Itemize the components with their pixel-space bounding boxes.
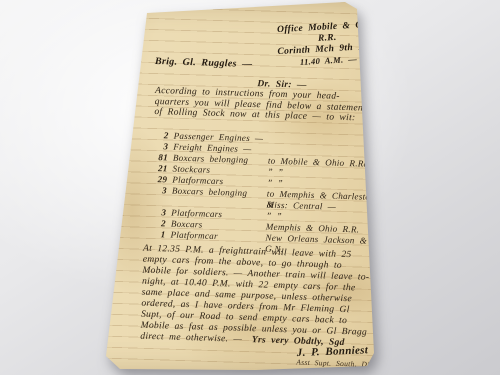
letter-paper: Office Mobile & Ohio R.R. Corinth Mch 9t… bbox=[0, 0, 500, 375]
stock-railroad: New Orleans Jackson & G.N. bbox=[265, 233, 376, 247]
stock-item: Platformcar bbox=[170, 230, 265, 244]
stock-qty bbox=[149, 196, 166, 208]
signature-title-line: Asst Supt. South. Div. bbox=[290, 357, 380, 369]
stock-qty: 21 bbox=[150, 163, 167, 175]
stock-qty: 3 bbox=[151, 141, 168, 153]
stock-qty: 2 bbox=[149, 218, 166, 230]
rolling-stock-list: 2 Passenger Engines — 3 Freight Engines … bbox=[148, 130, 379, 247]
addressee-line: Brig. Gl. Ruggles — bbox=[155, 56, 253, 70]
paper-shadow: Office Mobile & Ohio R.R. Corinth Mch 9t… bbox=[0, 0, 500, 375]
stock-qty: 29 bbox=[150, 174, 167, 186]
stock-qty: 81 bbox=[151, 152, 168, 164]
handwritten-document: Office Mobile & Ohio R.R. Corinth Mch 9t… bbox=[0, 0, 500, 375]
paragraph-2: At 12.35 P.M. a freighttrain will leave … bbox=[140, 244, 376, 350]
photo-background: Office Mobile & Ohio R.R. Corinth Mch 9t… bbox=[0, 0, 500, 375]
stock-qty: 3 bbox=[150, 185, 167, 197]
office-line: Office Mobile & Ohio R.R. bbox=[271, 19, 382, 47]
stock-qty: 1 bbox=[148, 229, 165, 241]
stock-qty: 3 bbox=[149, 207, 166, 219]
stock-qty: 2 bbox=[151, 130, 168, 142]
letter-heading: Office Mobile & Ohio R.R. Corinth Mch 9t… bbox=[271, 19, 383, 69]
paragraph-1: According to instructions from your head… bbox=[154, 86, 371, 125]
